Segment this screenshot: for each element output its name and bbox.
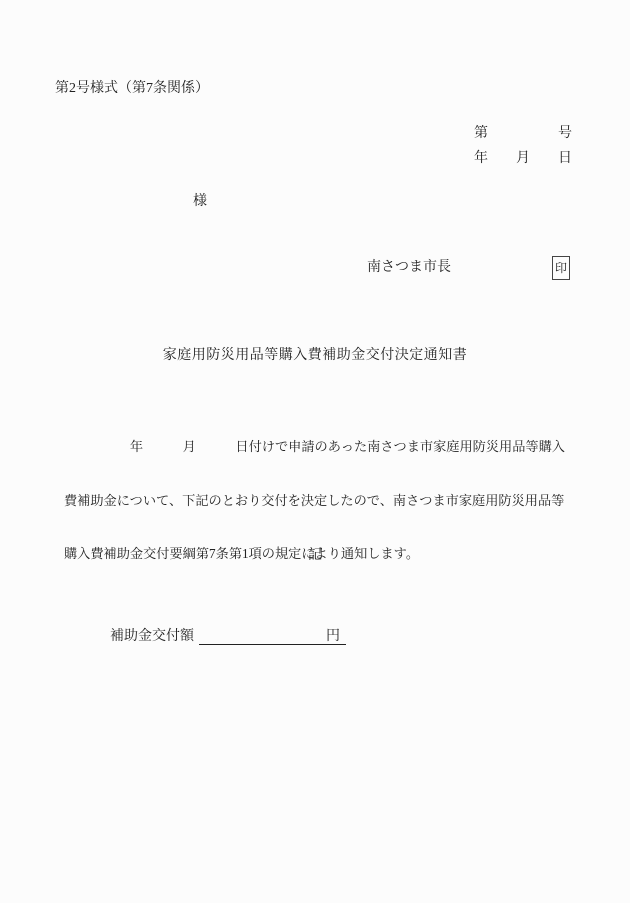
seal-label: 印 bbox=[555, 261, 567, 275]
form-number-label: 第2号様式（第7条関係） bbox=[55, 81, 209, 97]
document-title: 家庭用防災用品等購入費補助金交付決定通知書 bbox=[0, 348, 630, 364]
seal-placeholder-box: 印 bbox=[552, 256, 570, 280]
grant-amount-blank-line: 円 bbox=[199, 629, 346, 645]
body-line-1: 年 月 日付けで申請のあった南さつま市家庭用防災用品等購入 bbox=[64, 435, 570, 458]
document-number-line: 第 号 bbox=[474, 126, 572, 142]
addressee-honorific: 様 bbox=[193, 194, 207, 210]
body-line-2: 費補助金について、下記のとおり交付を決定したので、南さつま市家庭用防災用品等 bbox=[64, 489, 570, 512]
grant-amount-unit: 円 bbox=[326, 629, 340, 644]
document-date-line: 年 月 日 bbox=[474, 151, 572, 167]
note-marker: 記 bbox=[0, 548, 630, 564]
grant-amount-row: 補助金交付額円 bbox=[103, 613, 346, 645]
grant-amount-label: 補助金交付額 bbox=[110, 629, 194, 644]
sender-title: 南さつま市長 bbox=[367, 260, 451, 276]
